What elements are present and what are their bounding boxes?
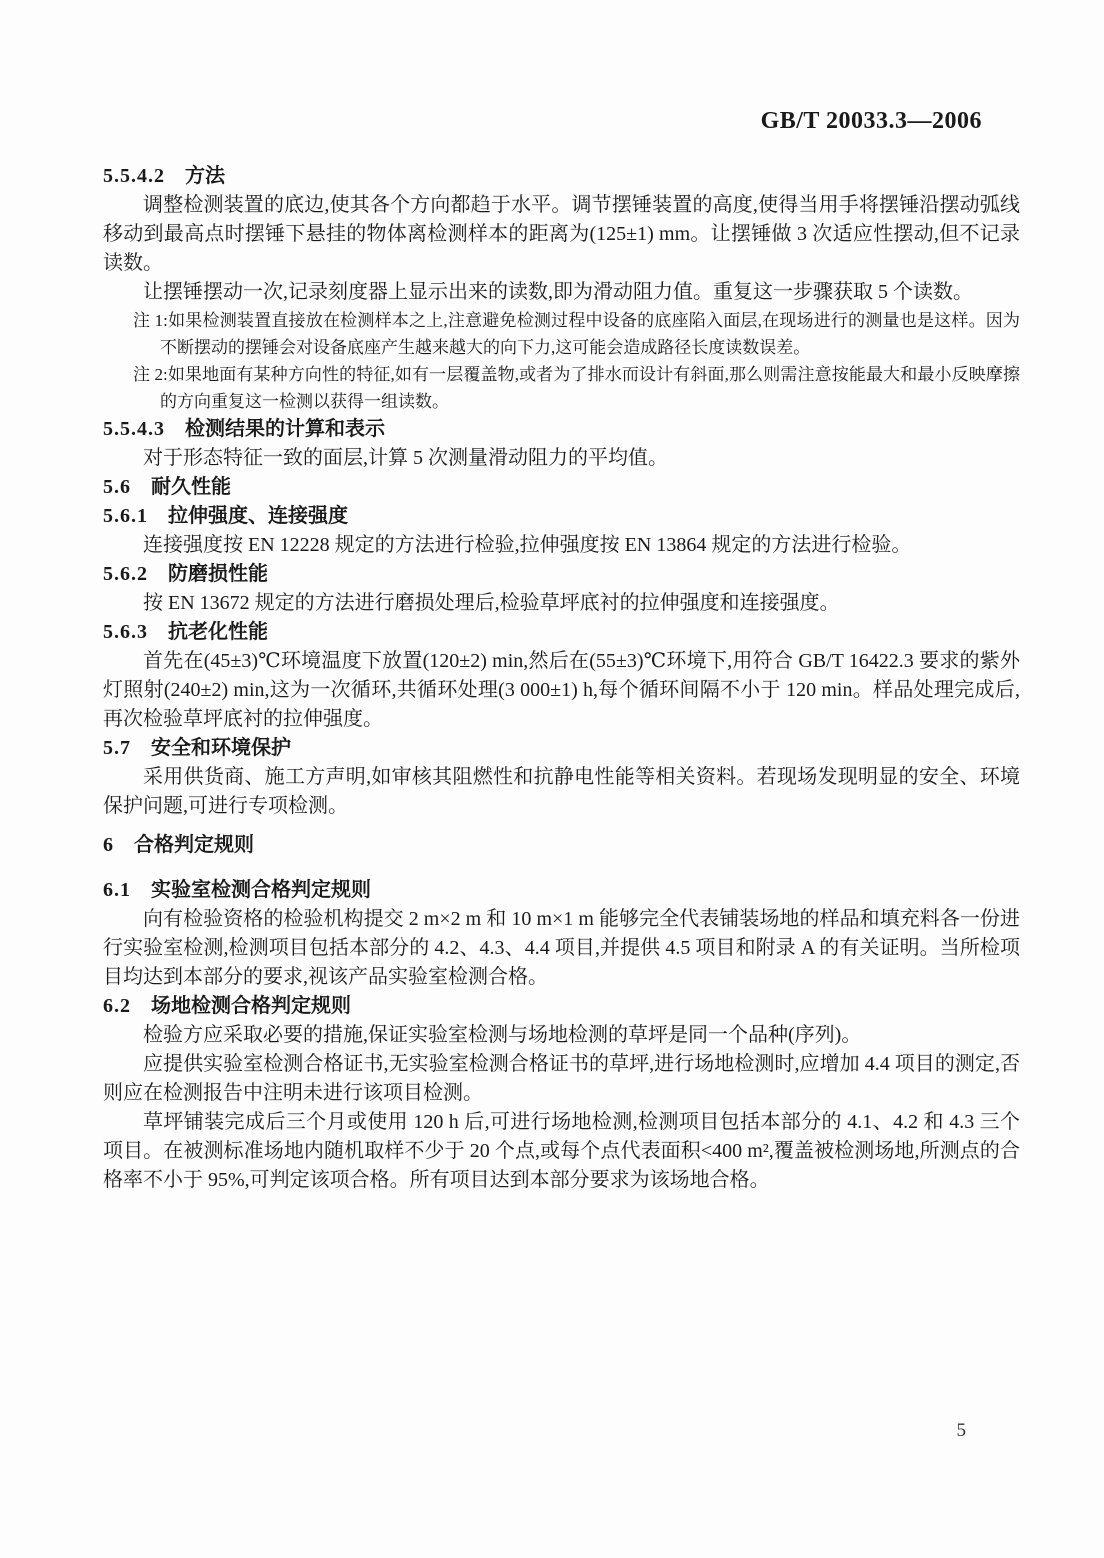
section-number: 6.1	[103, 879, 131, 901]
section-title: 场地检测合格判定规则	[151, 995, 351, 1017]
section-heading-5-6-2: 5.6.2防磨损性能	[103, 560, 1020, 589]
paragraph: 采用供货商、施工方声明,如审核其阻燃性和抗静电性能等相关资料。若现场发现明显的安…	[103, 763, 1020, 821]
section-title: 耐久性能	[151, 476, 231, 498]
section-number: 5.6	[103, 476, 131, 498]
paragraph: 按 EN 13672 规定的方法进行磨损处理后,检验草坪底衬的拉伸强度和连接强度…	[103, 589, 1020, 618]
note: 注 1:如果检测装置直接放在检测样本之上,注意避免检测过程中设备的底座陷入面层,…	[103, 307, 1020, 361]
section-heading-5-6-3: 5.6.3抗老化性能	[103, 618, 1020, 647]
paragraph: 首先在(45±3)℃环境温度下放置(120±2) min,然后在(55±3)℃环…	[103, 647, 1020, 734]
section-heading-6-2: SAC6.2场地检测合格判定规则	[103, 992, 1020, 1021]
paragraph: 向有检验资格的检验机构提交 2 m×2 m 和 10 m×1 m 能够完全代表铺…	[103, 905, 1020, 992]
section-title: 防磨损性能	[168, 563, 268, 585]
section-number: 5.6.3	[103, 621, 148, 643]
section-title: 拉伸强度、连接强度	[168, 505, 348, 527]
section-number: 6	[103, 834, 114, 856]
section-heading-5-6-1: 5.6.1拉伸强度、连接强度	[103, 502, 1020, 531]
page-number: 5	[957, 1420, 967, 1442]
content: 5.5.4.2方法调整检测装置的底边,使其各个方向都趋于水平。调节摆锤装置的高度…	[103, 162, 1020, 1195]
section-number: 5.7	[103, 737, 131, 759]
paragraph: 让摆锤摆动一次,记录刻度器上显示出来的读数,即为滑动阻力值。重复这一步骤获取 5…	[103, 278, 1020, 307]
paragraph: 草坪铺装完成后三个月或使用 120 h 后,可进行场地检测,检测项目包括本部分的…	[103, 1108, 1020, 1195]
section-title: 检测结果的计算和表示	[185, 418, 385, 440]
paragraph: 检验方应采取必要的措施,保证实验室检测与场地检测的草坪是同一个品种(序列)。	[103, 1021, 1020, 1050]
section-title: 实验室检测合格判定规则	[151, 879, 371, 901]
section-number: 5.6.2	[103, 563, 148, 585]
paragraph: 应提供实验室检测合格证书,无实验室检测合格证书的草坪,进行场地检测时,应增加 4…	[103, 1050, 1020, 1108]
section-number: 5.6.1	[103, 505, 148, 527]
section-heading-5-7: 5.7安全和环境保护	[103, 734, 1020, 763]
section-title: 方法	[185, 165, 225, 187]
section-heading-6: 6合格判定规则	[103, 831, 1020, 860]
section-number: 6.2	[103, 995, 131, 1017]
paragraph: 连接强度按 EN 12228 规定的方法进行检验,拉伸强度按 EN 13864 …	[103, 531, 1020, 560]
section-number: 5.5.4.3	[103, 418, 165, 440]
section-title: 安全和环境保护	[151, 737, 291, 759]
section-title: 抗老化性能	[168, 621, 268, 643]
section-heading-5-5-4-2: 5.5.4.2方法	[103, 162, 1020, 191]
section-heading-5-5-4-3: 5.5.4.3检测结果的计算和表示	[103, 415, 1020, 444]
section-heading-5-6: 5.6耐久性能	[103, 473, 1020, 502]
section-title: 合格判定规则	[134, 834, 254, 856]
paragraph: 对于形态特征一致的面层,计算 5 次测量滑动阻力的平均值。	[103, 444, 1020, 473]
section-number: 5.5.4.2	[103, 165, 165, 187]
paragraph: 调整检测装置的底边,使其各个方向都趋于水平。调节摆锤装置的高度,使得当用手将摆锤…	[103, 191, 1020, 278]
section-heading-6-1: 6.1实验室检测合格判定规则	[103, 876, 1020, 905]
note: 注 2:如果地面有某种方向性的特征,如有一层覆盖物,或者为了排水而设计有斜面,那…	[103, 361, 1020, 415]
document-page: GB/T 20033.3—2006 5.5.4.2方法调整检测装置的底边,使其各…	[0, 0, 1104, 1558]
standard-number-header: GB/T 20033.3—2006	[761, 108, 982, 135]
